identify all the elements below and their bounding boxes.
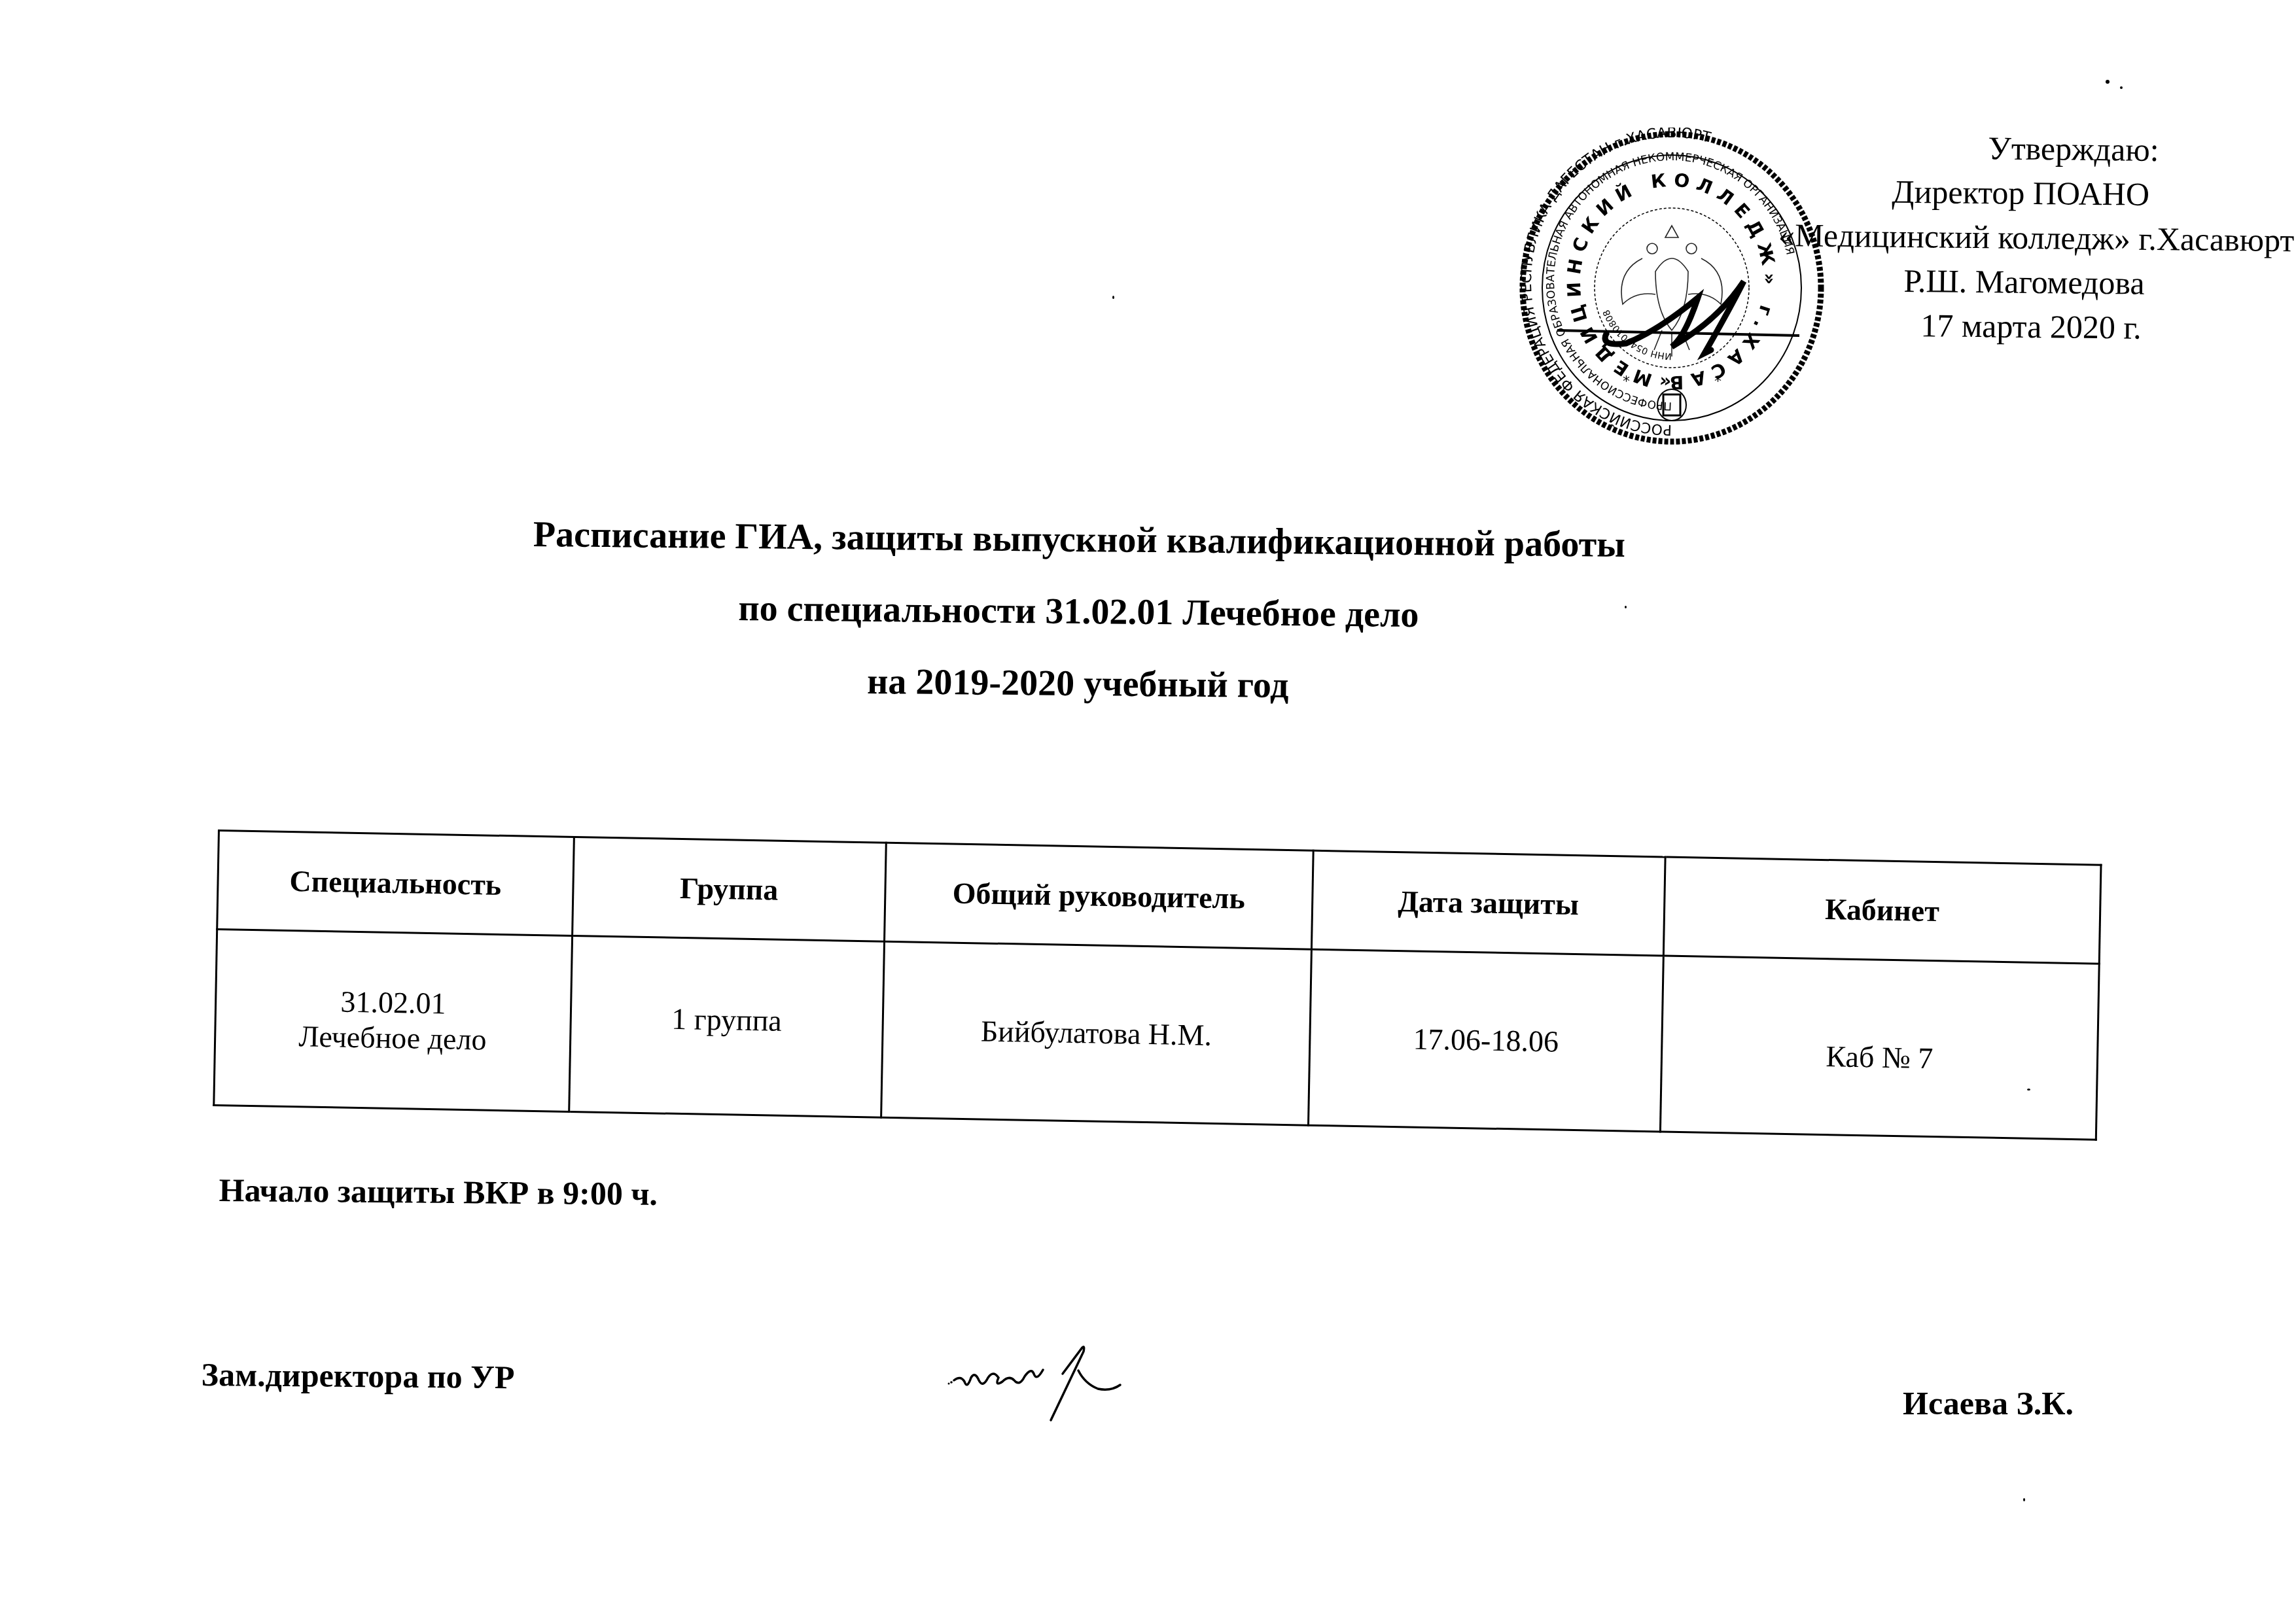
svg-text:*: * [1714,374,1722,390]
document-title: Расписание ГИА, защиты выпускной квалифи… [325,497,1832,727]
header-specialty: Специальность [217,831,574,936]
document-page: РОССИЙСКАЯ ФЕДЕРАЦИЯ РЕСПУБЛИКА ДАГЕСТАН… [0,0,2296,1623]
start-time-note: Начало защиты ВКР в 9:00 ч. [219,1171,658,1213]
schedule-table: Специальность Группа Общий руководитель … [213,829,2102,1141]
header-group: Группа [572,837,886,941]
cell-group: 1 группа [569,935,884,1117]
title-line-3: на 2019-2020 учебный год [325,640,1831,727]
cell-supervisor: Бийбулатова Н.М. [881,941,1311,1125]
handwritten-signature [947,1344,1131,1423]
header-defense-date: Дата защиты [1311,850,1665,956]
signature-icon [947,1344,1131,1423]
scan-speck [2106,80,2110,84]
table-row: 31.02.01 Лечебное дело 1 группа Бийбулат… [214,930,2099,1140]
signer-name: Исаева З.К. [1903,1384,2074,1422]
scan-speck [2027,1089,2030,1091]
cell-specialty: 31.02.01 Лечебное дело [214,930,573,1112]
specialty-code: 31.02.01 [226,982,561,1023]
specialty-name: Лечебное дело [225,1017,561,1058]
approval-label: Утверждаю: [1779,124,2159,172]
scan-speck [2120,86,2123,89]
cell-room: Каб № 7 [1660,956,2099,1140]
approver-organization: «Медицинский колледж» г.Хасавюрт [1778,213,2159,261]
header-supervisor: Общий руководитель [884,843,1313,949]
approver-name: Р.Ш. Магомедова [1778,257,2145,305]
title-line-1: Расписание ГИА, защиты выпускной квалифи… [327,497,1832,583]
svg-text:*: * [1623,374,1630,390]
header-room: Кабинет [1663,857,2101,964]
scan-speck [1625,606,1627,608]
scan-speck [1112,296,1114,299]
scan-speck [2023,1498,2025,1501]
approver-position: Директор ПОАНО [1779,168,2150,217]
approval-date: 17 марта 2020 г. [1777,302,2142,350]
signer-role: Зам.директора по УР [201,1355,514,1396]
cell-defense-date: 17.06-18.06 [1309,949,1664,1132]
approval-block: Утверждаю: Директор ПОАНО «Медицинский к… [1777,124,2159,350]
title-line-2: по специальности 31.02.01 Лечебное дело [326,568,1831,655]
